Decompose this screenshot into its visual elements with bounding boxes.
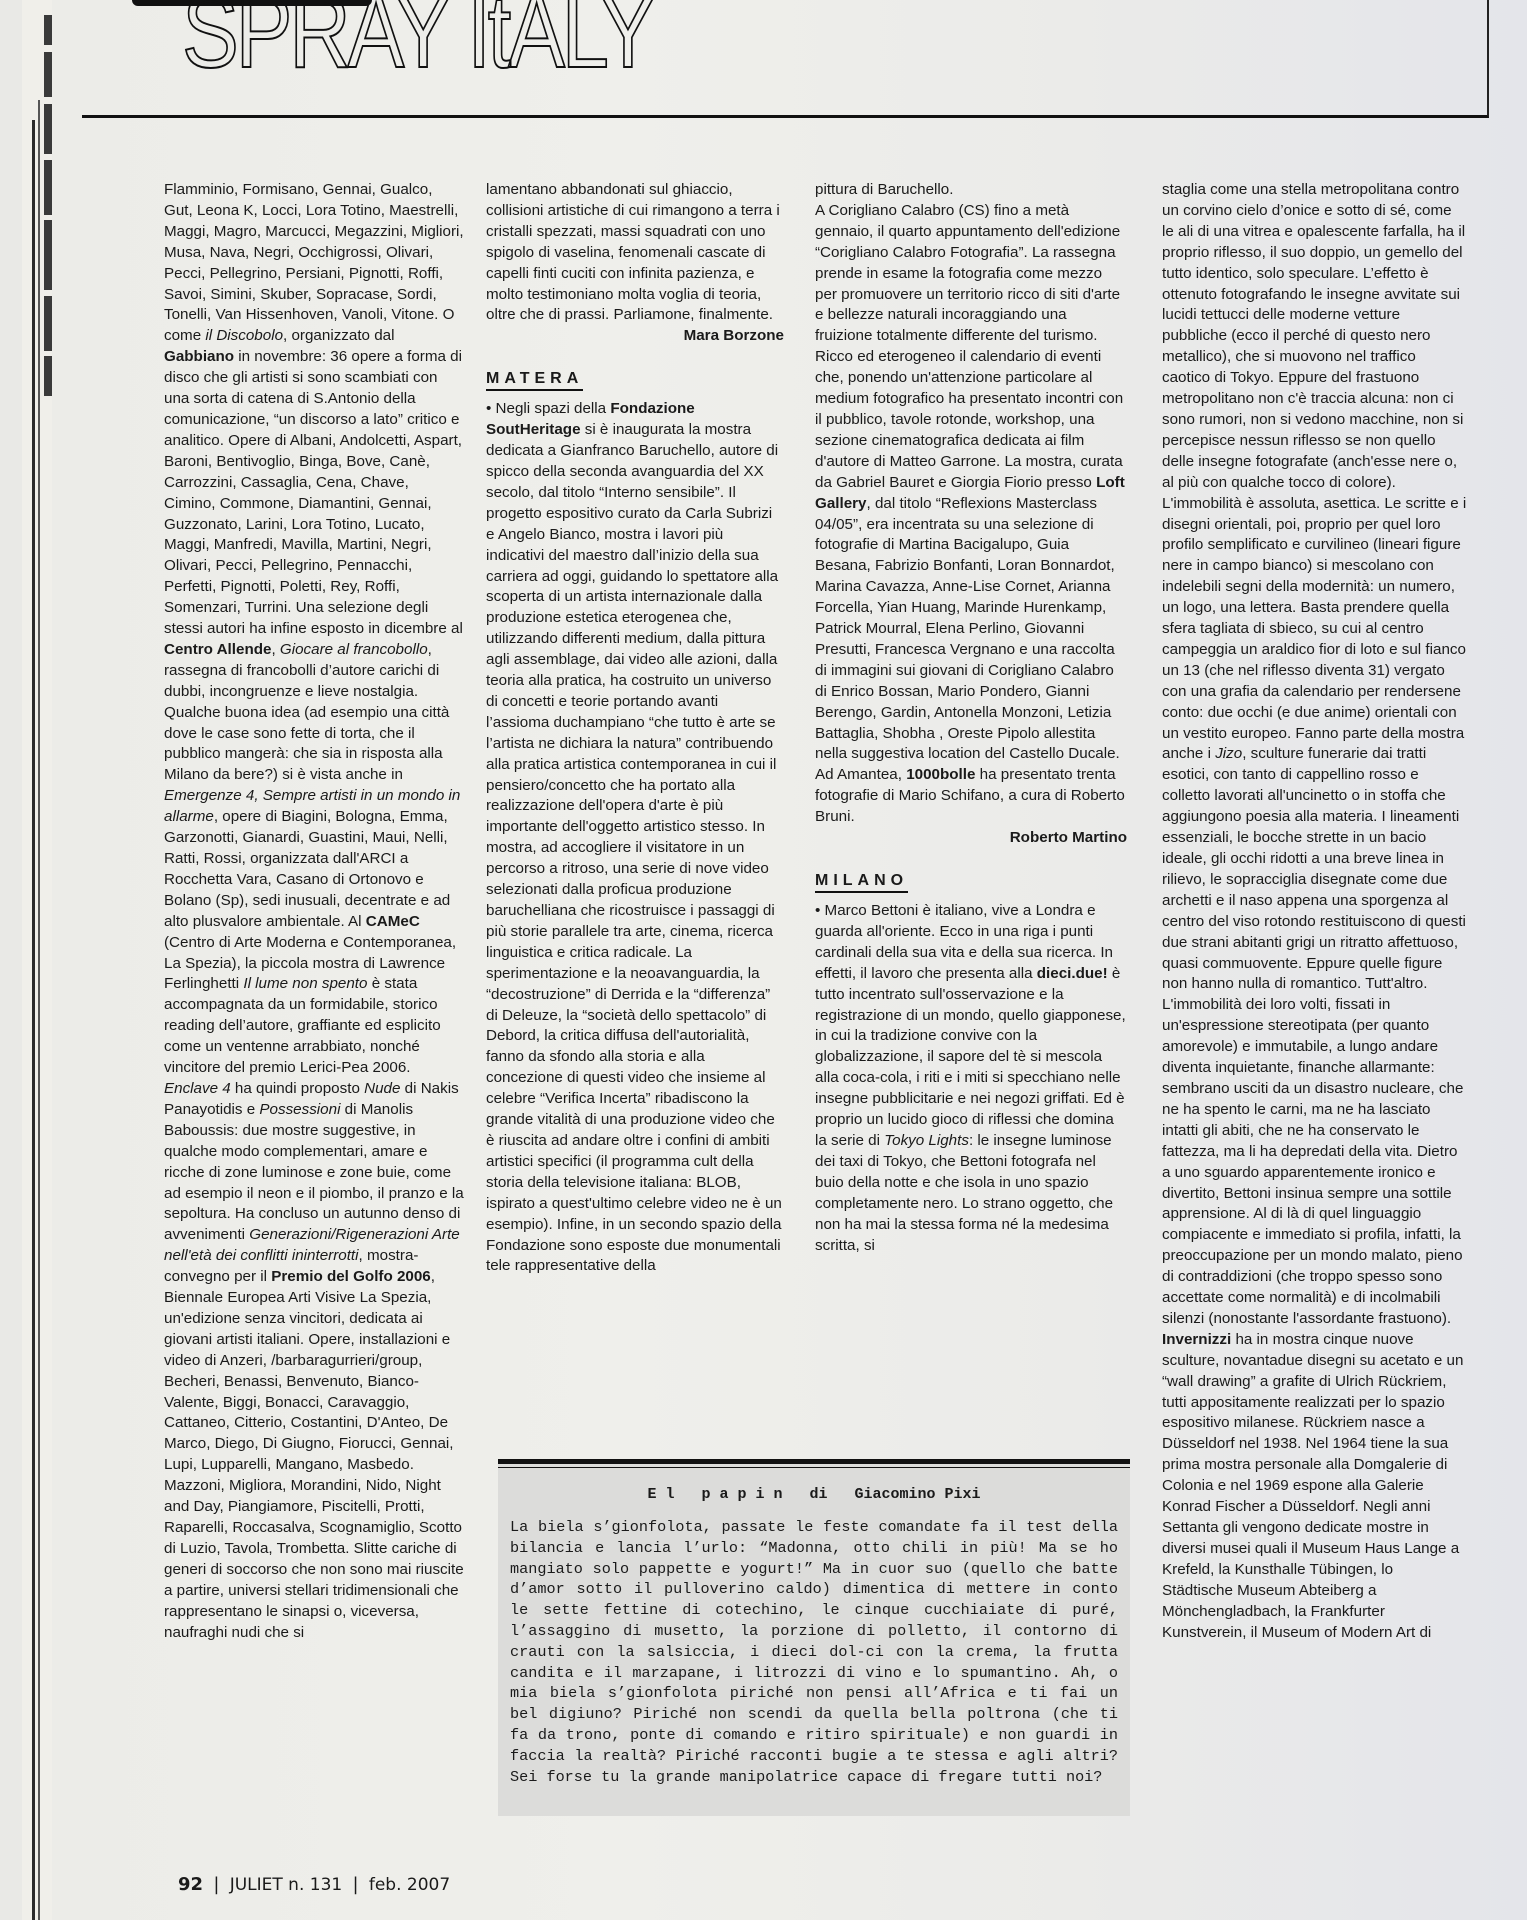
page-spine: [22, 0, 52, 1920]
sidebar-box-el-papin: E l p a p i n di Giacomino Pixi La biela…: [498, 1459, 1130, 1816]
page-number: 92: [178, 1874, 203, 1895]
article-column-1: Flamminio, Formisano, Gennai, Gualco, Gu…: [164, 180, 464, 1643]
magazine-issue: JULIET n. 131: [230, 1875, 343, 1895]
column4-body: staglia come una stella metropolitana co…: [1162, 180, 1467, 1643]
section-heading-milano: MILANO: [815, 871, 908, 893]
footer-separator: |: [353, 1874, 359, 1895]
column1-text: Flamminio, Formisano, Gennai, Gualco, Gu…: [164, 180, 464, 1643]
column2-intro: lamentano abbandonati sul ghiaccio, coll…: [486, 180, 784, 326]
author-signature: Roberto Martino: [815, 828, 1127, 849]
sidebar-box-title: E l p a p i n di Giacomino Pixi: [498, 1486, 1130, 1503]
author-signature: Mara Borzone: [486, 326, 784, 347]
section-heading-matera: MATERA: [486, 369, 583, 391]
page-footer: 92 | JULIET n. 131 | feb. 2007: [178, 1874, 450, 1895]
sidebar-box-body: La biela s’gionfolota, passate le feste …: [498, 1517, 1130, 1787]
article-column-2: lamentano abbandonati sul ghiaccio, coll…: [486, 180, 784, 1277]
column3-body: pittura di Baruchello. A Corigliano Cala…: [815, 180, 1127, 828]
milano-body: • Marco Bettoni è italiano, vive a Londr…: [815, 901, 1127, 1256]
footer-separator: |: [213, 1874, 219, 1895]
matera-body: • Negli spazi della Fondazione SoutHerit…: [486, 399, 784, 1277]
article-column-4: staglia come una stella metropolitana co…: [1162, 180, 1467, 1643]
masthead: SPRAY ItALY: [82, 0, 1489, 118]
issue-date: feb. 2007: [369, 1875, 450, 1895]
section-title: SPRAY ItALY: [182, 0, 653, 84]
article-column-3: pittura di Baruchello. A Corigliano Cala…: [815, 180, 1127, 1256]
